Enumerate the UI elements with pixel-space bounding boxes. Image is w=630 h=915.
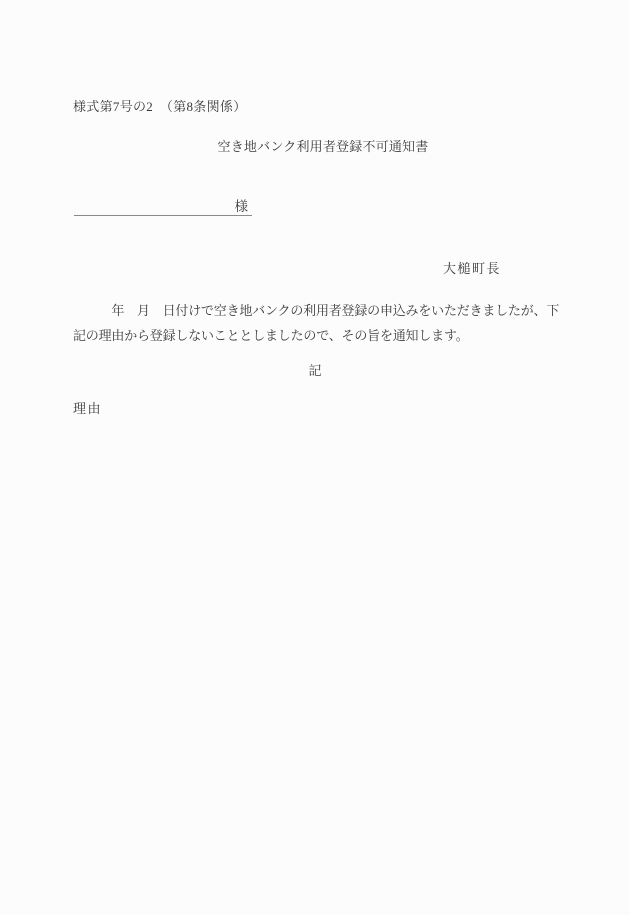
document-page: 様式第7号の2 （第8条関係） 空き地バンク利用者登録不可通知書 様 大槌町長 …: [0, 0, 630, 915]
sender-name: 大槌町長: [443, 261, 501, 277]
reason-label: 理由: [73, 401, 102, 417]
body-text-line-2: 記の理由から登録しないこととしましたので、その旨を通知します。: [73, 328, 469, 344]
document-title: 空き地バンク利用者登録不可通知書: [8, 139, 630, 155]
record-marker: 記: [0, 363, 630, 379]
body-text-line-1: 年 月 日付けで空き地バンクの利用者登録の申込みをいただきましたが、下: [73, 303, 559, 319]
form-number: 様式第7号の2 （第8条関係）: [73, 99, 247, 115]
recipient-name-blank: 様: [74, 199, 252, 216]
recipient-line: 様: [74, 199, 252, 216]
recipient-suffix: 様: [235, 199, 249, 214]
